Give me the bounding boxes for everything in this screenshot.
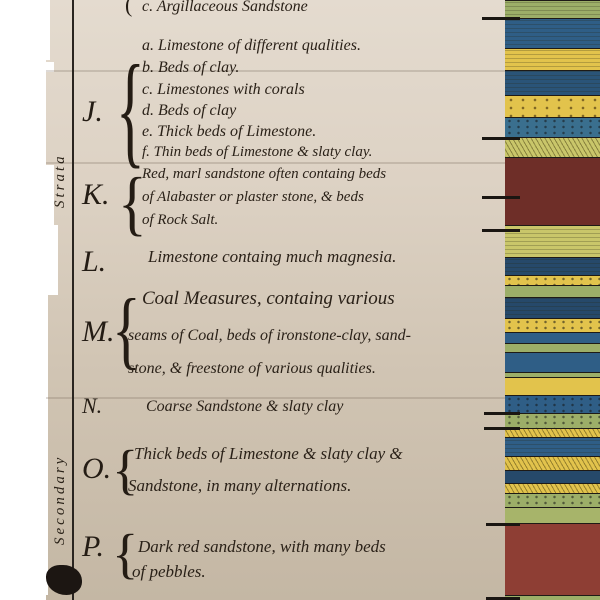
stratum-description-line: of pebbles. <box>132 562 206 582</box>
stratum-description-line: seams of Coal, beds of ironstone-clay, s… <box>128 327 411 345</box>
stratum-description-line: Sandstone, in many alternations. <box>128 476 351 496</box>
stratum-description-line: f. Thin beds of Limestone & slaty clay. <box>142 144 372 161</box>
stratum-letter-m: M. <box>82 315 115 349</box>
margin-label-strata: Strata <box>52 153 69 208</box>
margin-rule-line <box>72 0 74 600</box>
stratum-letter-o: O. <box>82 452 111 486</box>
stratum-letter-k: K. <box>82 178 110 212</box>
stratum-description-line: b. Beds of clay. <box>142 59 239 77</box>
stratum-description-line: c. Argillaceous Sandstone <box>142 0 308 16</box>
stratum-band <box>505 377 600 396</box>
stratum-band <box>505 493 600 508</box>
strata-color-column <box>505 0 600 600</box>
torn-edge <box>46 295 48 595</box>
torn-edge <box>46 0 50 60</box>
stratum-description-line: c. Limestones with corals <box>142 81 305 99</box>
stratum-letter-n: N. <box>82 393 102 419</box>
stratum-letter-j: J. <box>82 95 103 129</box>
boundary-tick-mark <box>484 412 520 415</box>
stratum-band <box>505 437 600 457</box>
stratum-description-line: Coal Measures, containg various <box>142 288 395 310</box>
stratum-description-line: Thick beds of Limestone & slaty clay & <box>134 444 403 464</box>
stratum-band <box>505 257 600 276</box>
brace: ( <box>125 0 132 18</box>
torn-edge <box>46 225 58 295</box>
stratum-band <box>505 137 600 158</box>
stratum-band <box>505 507 600 524</box>
stratum-letter-p: P. <box>82 530 104 564</box>
stratum-band <box>505 456 600 471</box>
boundary-tick-mark <box>482 17 520 20</box>
stratum-band <box>505 70 600 96</box>
stratum-description-line: Limestone containg much magnesia. <box>148 247 396 267</box>
stratum-band <box>505 95 600 118</box>
stratum-letter-l: L. <box>82 245 106 279</box>
boundary-tick-mark <box>486 523 520 526</box>
stratum-description-line: of Alabaster or plaster stone, & beds <box>142 189 364 206</box>
stratum-band <box>505 297 600 319</box>
stratum-band <box>505 117 600 138</box>
stratum-description-line: Coarse Sandstone & slaty clay <box>146 398 343 416</box>
margin-label-secondary: Secondary <box>52 455 69 545</box>
boundary-tick-mark <box>482 229 520 232</box>
stratum-description-line: of Rock Salt. <box>142 212 218 229</box>
stratum-band <box>505 157 600 226</box>
stratum-band <box>505 470 600 484</box>
stratum-band <box>505 48 600 71</box>
stratum-description-line: a. Limestone of different qualities. <box>142 37 361 55</box>
stratum-band <box>505 18 600 49</box>
stratum-band <box>505 352 600 373</box>
boundary-tick-mark <box>482 137 520 140</box>
stratum-description-line: Red, marl sandstone often containg beds <box>142 166 386 183</box>
stratum-description-line: e. Thick beds of Limestone. <box>142 123 316 141</box>
stratum-band <box>505 523 600 596</box>
stratum-description-line: stone, & freestone of various qualities. <box>128 360 376 378</box>
boundary-tick-mark <box>484 427 520 430</box>
boundary-tick-mark <box>482 196 520 199</box>
stratum-band <box>505 318 600 333</box>
stratum-description-line: Dark red sandstone, with many beds <box>138 537 386 557</box>
stratum-description-line: d. Beds of clay <box>142 102 236 120</box>
